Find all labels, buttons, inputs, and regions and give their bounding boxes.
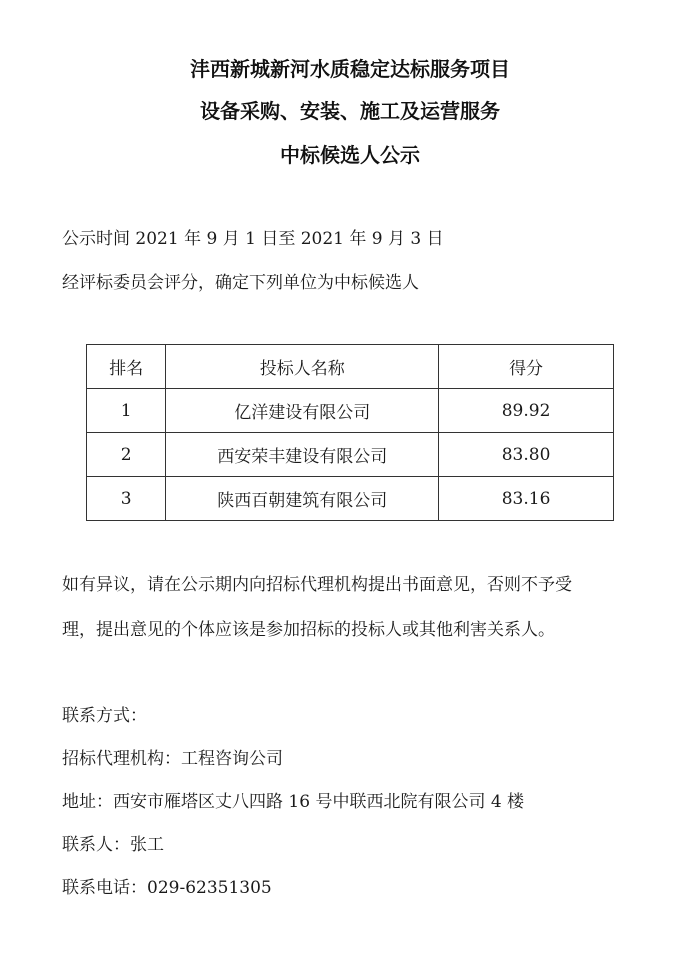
contact-phone: 联系电话：029-62351305	[62, 877, 272, 899]
header-score: 得分	[439, 345, 614, 389]
cell-rank: 1	[87, 389, 166, 433]
title-line-2: 设备采购、安装、施工及运营服务	[0, 99, 700, 123]
cell-bidder-name: 西安荣丰建设有限公司	[166, 433, 439, 477]
cell-rank: 2	[87, 433, 166, 477]
cell-bidder-name: 陕西百朝建筑有限公司	[166, 477, 439, 521]
contact-agency: 招标代理机构：工程咨询公司	[62, 748, 283, 770]
header-rank: 排名	[87, 345, 166, 389]
cell-score: 89.92	[439, 389, 614, 433]
contact-heading: 联系方式：	[62, 705, 147, 727]
table-row: 1 亿洋建设有限公司 89.92	[87, 389, 614, 433]
table-row: 2 西安荣丰建设有限公司 83.80	[87, 433, 614, 477]
objection-text-line-2: 理，提出意见的个体应该是参加招标的投标人或其他利害关系人。	[62, 619, 555, 641]
cell-bidder-name: 亿洋建设有限公司	[166, 389, 439, 433]
cell-score: 83.16	[439, 477, 614, 521]
cell-rank: 3	[87, 477, 166, 521]
cell-score: 83.80	[439, 433, 614, 477]
publicity-period: 公示时间 2021 年 9 月 1 日至 2021 年 9 月 3 日	[62, 228, 444, 250]
table-row: 3 陕西百朝建筑有限公司 83.16	[87, 477, 614, 521]
evaluation-statement: 经评标委员会评分，确定下列单位为中标候选人	[62, 272, 419, 294]
objection-text-line-1: 如有异议，请在公示期内向招标代理机构提出书面意见，否则不予受	[62, 574, 572, 596]
title-line-3: 中标候选人公示	[0, 143, 700, 167]
header-bidder-name: 投标人名称	[166, 345, 439, 389]
title-line-1: 沣西新城新河水质稳定达标服务项目	[0, 57, 700, 81]
candidates-table: 排名 投标人名称 得分 1 亿洋建设有限公司 89.92 2 西安荣丰建设有限公…	[86, 344, 614, 521]
contact-address: 地址：西安市雁塔区丈八四路 16 号中联西北院有限公司 4 楼	[62, 791, 524, 813]
table-header-row: 排名 投标人名称 得分	[87, 345, 614, 389]
contact-person: 联系人：张工	[62, 834, 164, 856]
